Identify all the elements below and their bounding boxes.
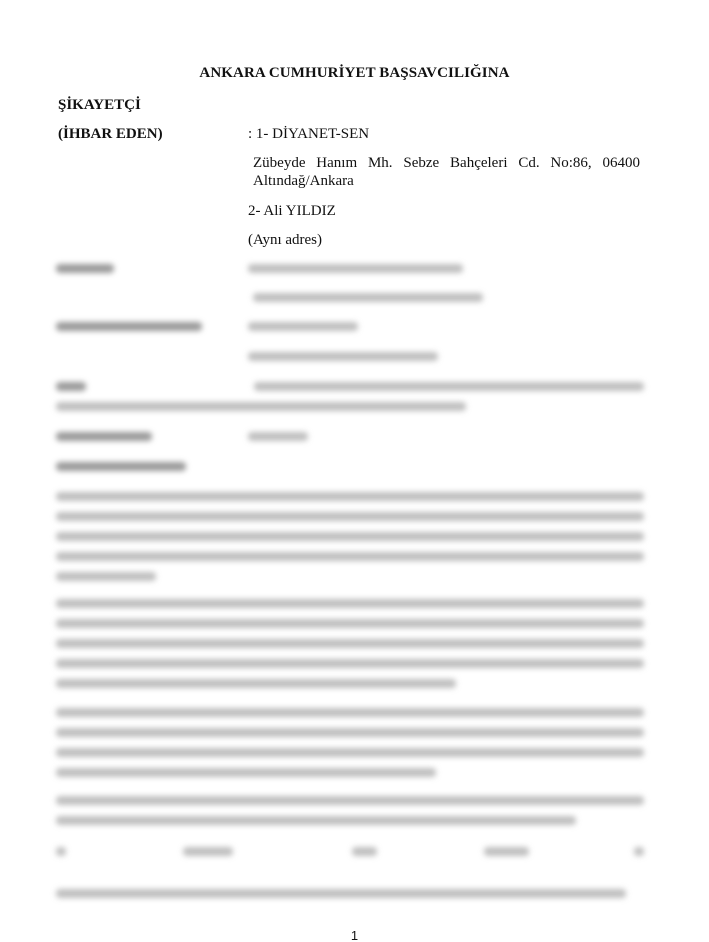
informant-label: (İHBAR EDEN) [58, 126, 163, 143]
redacted-line [254, 382, 644, 391]
complainant-heading: ŞİKAYETÇİ [58, 97, 141, 114]
document-title: ANKARA CUMHURİYET BAŞSAVCILIĞINA [0, 65, 709, 82]
redacted-line [56, 889, 626, 898]
redacted-line [56, 552, 644, 561]
redacted-line [56, 462, 186, 471]
document-page: ANKARA CUMHURİYET BAŞSAVCILIĞINA ŞİKAYET… [0, 0, 709, 942]
redacted-line [56, 748, 644, 757]
redacted-line [56, 382, 86, 391]
complainant-2: 2- Ali YILDIZ [248, 203, 336, 220]
complainant-2-address: (Aynı adres) [248, 232, 322, 249]
redacted-line [56, 816, 576, 825]
redacted-line [253, 293, 483, 302]
redacted-line [248, 322, 358, 331]
redacted-line [56, 796, 644, 805]
address-line-1: Zübeyde Hanım Mh. Sebze Bahçeleri Cd. No… [253, 154, 640, 172]
redacted-line [56, 639, 644, 648]
page-number: 1 [0, 928, 709, 942]
complainant-address: Zübeyde Hanım Mh. Sebze Bahçeleri Cd. No… [253, 154, 640, 190]
redacted-line [248, 432, 308, 441]
redacted-line [56, 679, 456, 688]
redacted-line [56, 512, 644, 521]
redacted-line [56, 402, 466, 411]
redaction-note: Remaining content is blurred/redacted in… [56, 258, 57, 259]
redacted-line [56, 619, 644, 628]
redacted-line [183, 847, 233, 856]
redacted-line [56, 847, 66, 856]
redacted-line [56, 708, 644, 717]
redacted-line [56, 264, 114, 273]
redacted-line [56, 322, 202, 331]
redacted-line [248, 264, 463, 273]
redacted-line [484, 847, 529, 856]
redacted-line [56, 659, 644, 668]
redacted-line [56, 768, 436, 777]
redacted-line [634, 847, 644, 856]
redacted-line [56, 572, 156, 581]
redacted-line [56, 728, 644, 737]
complainant-1: : 1- DİYANET-SEN [248, 126, 369, 143]
redacted-line [56, 432, 152, 441]
redacted-line [56, 532, 644, 541]
redacted-section: Remaining content is blurred/redacted in… [56, 258, 644, 880]
address-line-2: Altındağ/Ankara [253, 172, 640, 190]
redacted-line [56, 492, 644, 501]
redacted-line [352, 847, 377, 856]
redacted-line [56, 599, 644, 608]
redacted-line [248, 352, 438, 361]
